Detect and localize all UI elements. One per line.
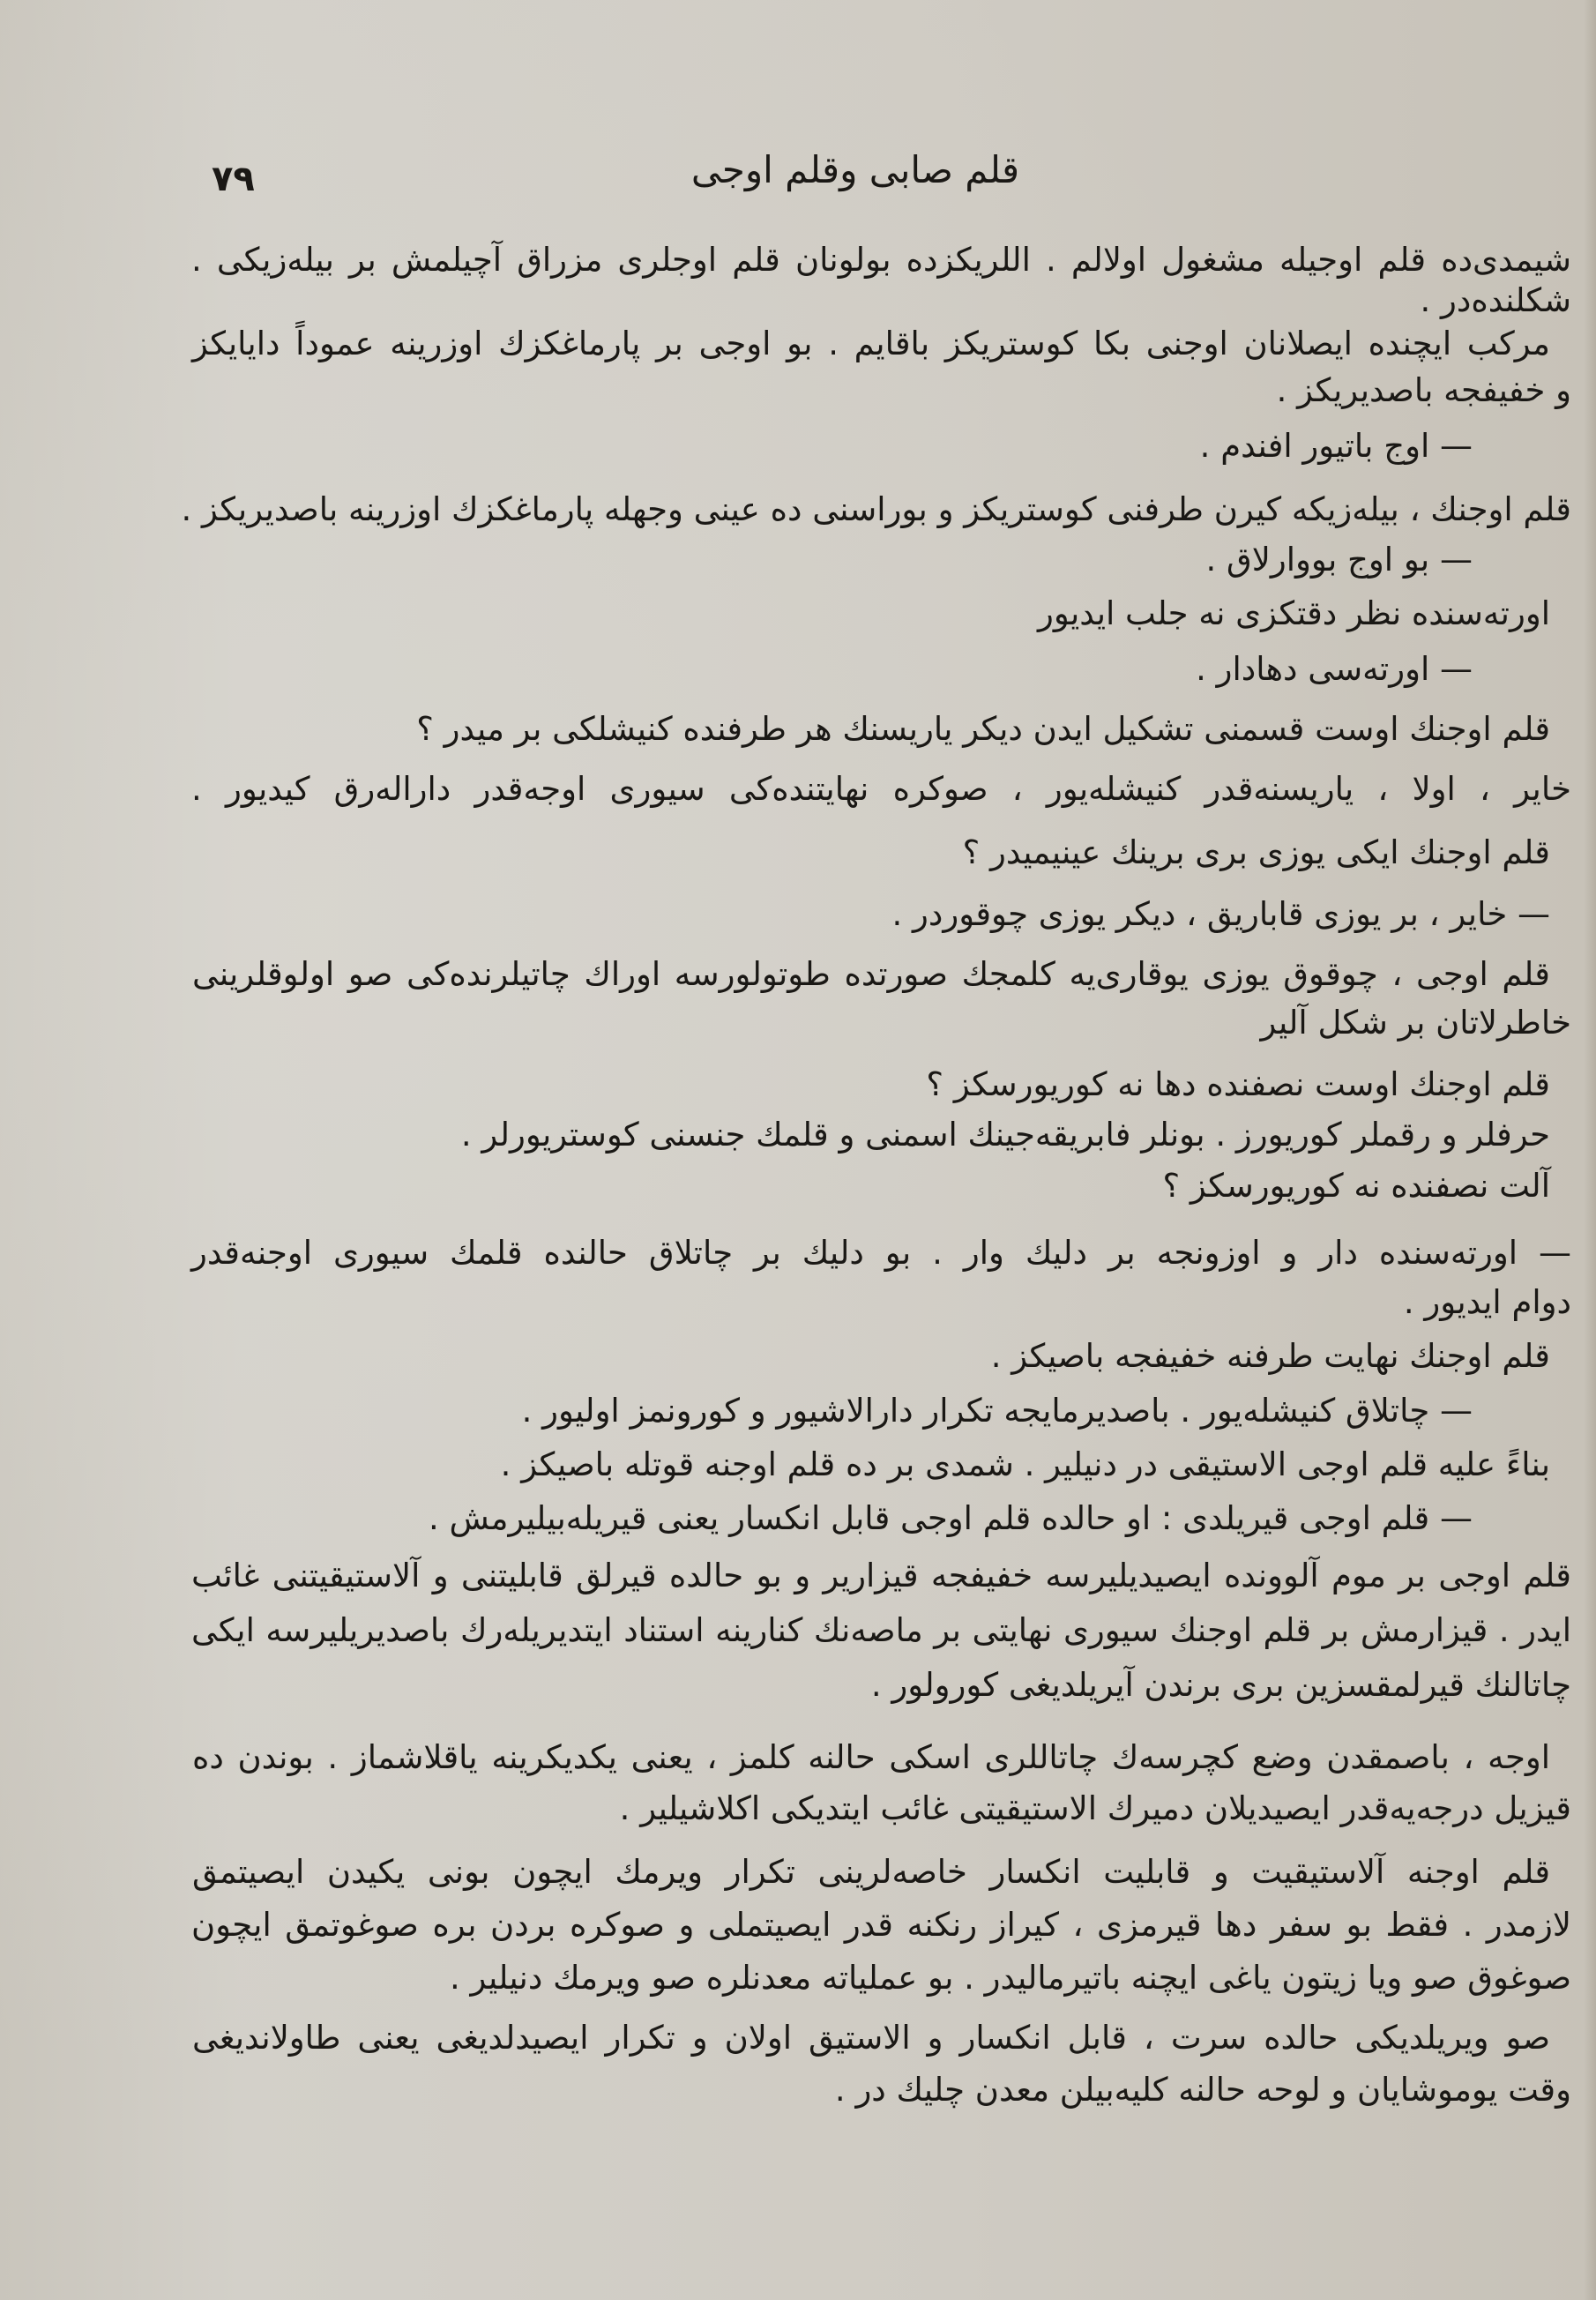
text-line: صوغوق صو ویا زیتون یاغی ایچنه باتیرمالید…: [191, 1956, 1571, 2000]
dialogue-line: — اورته‌سنده دار و اوزونجه بر دلیك وار .…: [191, 1231, 1571, 1275]
text-line: خایر ، اولا ، یاریسنه‌قدر کنیشله‌یور ، ص…: [191, 767, 1571, 811]
text-line: مرکب ایچنده ایصلانان اوجنی بکا کوستریکز …: [192, 322, 1550, 366]
dialogue-line: — اوج باتیور افندم .: [93, 424, 1473, 468]
text-line: اوجه ، باصمقدن وضع کچرسه‌ك چاتاللری اسکی…: [192, 1736, 1550, 1780]
text-line: دوام ایدیور .: [191, 1281, 1571, 1325]
text-line: لازمدر . فقط بو سفر دها قیرمزی ، کیراز ر…: [191, 1903, 1571, 1947]
text-line: قلم اوجی بر موم آلوونده ایصیدیلیرسه خفیف…: [191, 1554, 1571, 1598]
dialogue-line: — چاتلاق کنیشله‌یور . باصدیرمایجه تکرار …: [93, 1389, 1473, 1433]
text-line: شیمدی‌ده قلم اوجیله مشغول اولالم . اللری…: [191, 238, 1571, 282]
text-line: قلم اوجنك نهایت طرفنه خفیفجه باصیکز .: [170, 1334, 1550, 1378]
dialogue-line: — خایر ، بر یوزی قاباریق ، دیکر یوزی چوق…: [170, 892, 1550, 937]
text-line: بناءً علیه قلم اوجی الاستیقی در دنیلیر .…: [170, 1443, 1550, 1487]
text-line: قلم اوجنه آلاستیقیت و قابلیت انکسار خاصه…: [192, 1850, 1550, 1894]
dialogue-line: — بو اوج بووارلاق .: [93, 538, 1473, 582]
text-line: خاطرلاتان بر شکل آلیر: [191, 1001, 1571, 1045]
page-header: ٧٩ قلم صابی وقلم اوجی: [0, 148, 1596, 210]
page-number: ٧٩: [212, 159, 255, 199]
dialogue-line: — اورته‌سی دهادار .: [93, 647, 1473, 691]
text-line: وقت یوموشایان و لوحه حالنه کلیه‌بیلن معد…: [191, 2068, 1571, 2112]
text-line: قلم اوجنك اوست نصفنده دها نه کوریورسکز ؟: [170, 1063, 1550, 1107]
running-title: قلم صابی وقلم اوجی: [688, 148, 1023, 191]
text-line: قلم اوجنك ، بیله‌زیکه کیرن طرفنی کوستریک…: [191, 488, 1571, 532]
text-line: اورته‌سنده نظر دقتکزی نه جلب ایدیور: [170, 592, 1550, 636]
text-line: قلم اوجی ، چوقوق یوزی یوقاری‌یه کلمجك صو…: [192, 952, 1550, 997]
scanned-book-page: ٧٩ قلم صابی وقلم اوجی شیمدی‌ده قلم اوجیل…: [0, 0, 1596, 2300]
dialogue-line: — قلم اوجی قیریلدی : او حالده قلم اوجی ق…: [93, 1497, 1473, 1541]
text-line: صو ویریلدیکی حالده سرت ، قابل انکسار و ا…: [192, 2016, 1550, 2060]
text-line: قیزیل درجه‌یه‌قدر ایصیدیلان دمیرك الاستی…: [191, 1787, 1571, 1831]
page-edge-shadow: [1584, 0, 1596, 2300]
text-line: قلم اوجنك اوست قسمنی تشکیل ایدن دیکر یار…: [170, 707, 1550, 751]
text-line: حرفلر و رقملر کوریورز . بونلر فابریقه‌جی…: [170, 1113, 1550, 1157]
text-line: شکلنده‌در .: [191, 279, 1571, 323]
text-line: آلت نصفنده نه کوریورسکز ؟: [170, 1164, 1550, 1208]
text-line: ایدر . قیزارمش بر قلم اوجنك سیوری نهایتی…: [191, 1609, 1571, 1653]
text-line: و خفیفجه باصدیریکز .: [191, 369, 1571, 413]
text-line: قلم اوجنك ایکی یوزی بری برینك عینیمیدر ؟: [170, 831, 1550, 875]
text-line: چاتالنك قیرلمقسزین بری برندن آیریلدیغی ک…: [191, 1663, 1571, 1707]
